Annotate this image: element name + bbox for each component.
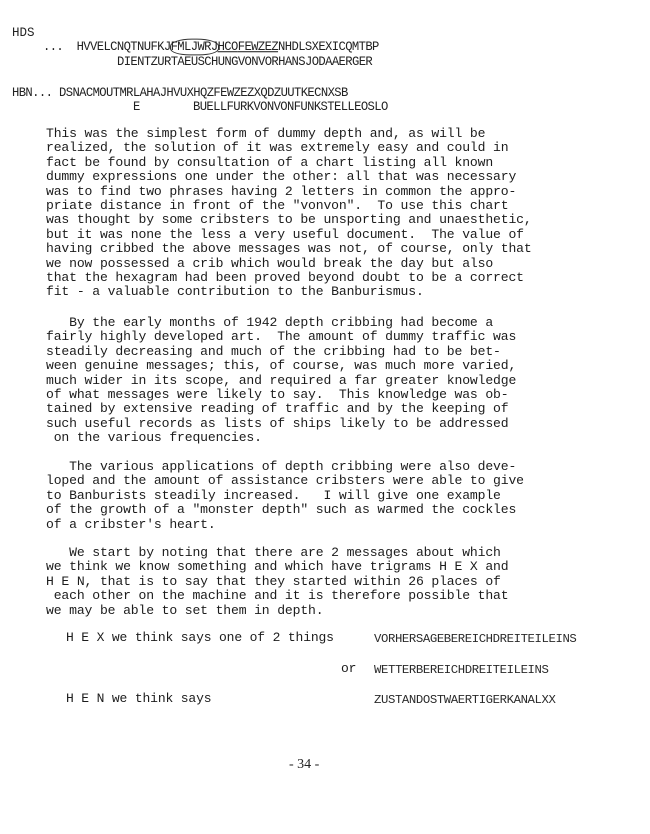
crib-hex-option-2: WETTERBEREICHDREITEILEINS: [374, 663, 548, 677]
text-line: we think we know something and which hav…: [46, 560, 606, 574]
text-line: such useful records as lists of ships li…: [46, 417, 606, 431]
hbn-cipher-line: HBN... DSNACMOUTMRLAHAJHVUXHQZFEWZEZXQDZ…: [12, 86, 348, 101]
text-line: of what messages were likely to say. Thi…: [46, 388, 606, 402]
hds-cipher-seg-1: HVVELCNQTNUFKJ: [77, 40, 171, 55]
text-line: that the hexagram had been proved beyond…: [46, 271, 606, 285]
text-line: steadily decreasing and much of the crib…: [46, 345, 606, 359]
paragraph-1: This was the simplest form of dummy dept…: [46, 127, 606, 300]
hds-cipher-seg-6: XEXICQMTBP: [312, 40, 379, 55]
text-line: We start by noting that there are 2 mess…: [46, 546, 606, 560]
circled-letter-mark: FMLJWRJ: [170, 39, 219, 56]
text-line: This was the simplest form of dummy dept…: [46, 127, 606, 141]
text-line: tained by extensive reading of traffic a…: [46, 402, 606, 416]
crib-or-label: or: [341, 662, 356, 676]
label-hds: HDS: [12, 26, 35, 40]
hds-cipher-seg-5: NHDLS: [278, 40, 312, 55]
text-line: fairly highly developed art. The amount …: [46, 330, 606, 344]
text-line: was thought by some cribsters to be unsp…: [46, 213, 606, 227]
hbn-plaintext-line: BUELLFURKVONVONFUNKSTELLEOSLO: [193, 100, 388, 115]
crib-hen-lead: H E N we think says: [66, 692, 211, 706]
text-line: having cribbed the above messages was no…: [46, 242, 606, 256]
label-hbn: HBN...: [12, 86, 52, 101]
underlined-segment: FEWZEZ: [238, 40, 278, 55]
paragraph-3: The various applications of depth cribbi…: [46, 460, 606, 532]
text-line: was to find two phrases having 2 letters…: [46, 185, 606, 199]
text-line: dummy expressions one under the other: a…: [46, 170, 606, 184]
crib-hex-option-1: VORHERSAGEBEREICHDREITEILEINS: [374, 632, 576, 646]
text-line: we may be able to set them in depth.: [46, 604, 606, 618]
text-line: on the various frequencies.: [46, 431, 606, 445]
text-line: fact be found by consultation of a chart…: [46, 156, 606, 170]
text-line: The various applications of depth cribbi…: [46, 460, 606, 474]
hbn-cipher: DSNACMOUTMRLAHAJHVUXHQZFEWZEZXQDZUUTKECN…: [59, 86, 348, 101]
text-line: realized, the solution of it was extreme…: [46, 141, 606, 155]
text-line: each other on the machine and it is ther…: [46, 589, 606, 603]
crib-hen-option: ZUSTANDOSTWAERTIGERKANALXX: [374, 693, 555, 707]
text-line: much wider in its scope, and required a …: [46, 374, 606, 388]
crib-hex-lead: H E X we think says one of 2 things: [66, 631, 334, 645]
text-line: By the early months of 1942 depth cribbi…: [46, 316, 606, 330]
text-line: of the growth of a "monster depth" such …: [46, 503, 606, 517]
paragraph-2: By the early months of 1942 depth cribbi…: [46, 316, 606, 446]
page-number: - 34 -: [289, 757, 319, 773]
text-line: but it was none the less a very useful d…: [46, 228, 606, 242]
text-line: of a cribster's heart.: [46, 518, 606, 532]
document-page: HDS ... HVVELCNQTNUFKJFMLJWRJHCOFEWZEZNH…: [0, 0, 650, 834]
text-line: we now possessed a crib which would brea…: [46, 257, 606, 271]
text-line: ween genuine messages; this, of course, …: [46, 359, 606, 373]
text-line: to Banburists steadily increased. I will…: [46, 489, 606, 503]
text-line: priate distance in front of the "vonvon"…: [46, 199, 606, 213]
hds-prefix: ...: [43, 40, 63, 55]
underlined-segment: HCO: [218, 40, 238, 55]
paragraph-4: We start by noting that there are 2 mess…: [46, 546, 606, 618]
text-line: fit - a valuable contribution to the Ban…: [46, 285, 606, 299]
text-line: loped and the amount of assistance cribs…: [46, 474, 606, 488]
hds-cipher-line: ... HVVELCNQTNUFKJFMLJWRJHCOFEWZEZNHDLSX…: [43, 40, 379, 55]
hbn-mark: E: [133, 100, 140, 115]
hds-plaintext-line: DIENTZURTAEUSCHUNGVONVORHANSJODAAERGER: [117, 55, 372, 70]
text-line: H E N, that is to say that they started …: [46, 575, 606, 589]
